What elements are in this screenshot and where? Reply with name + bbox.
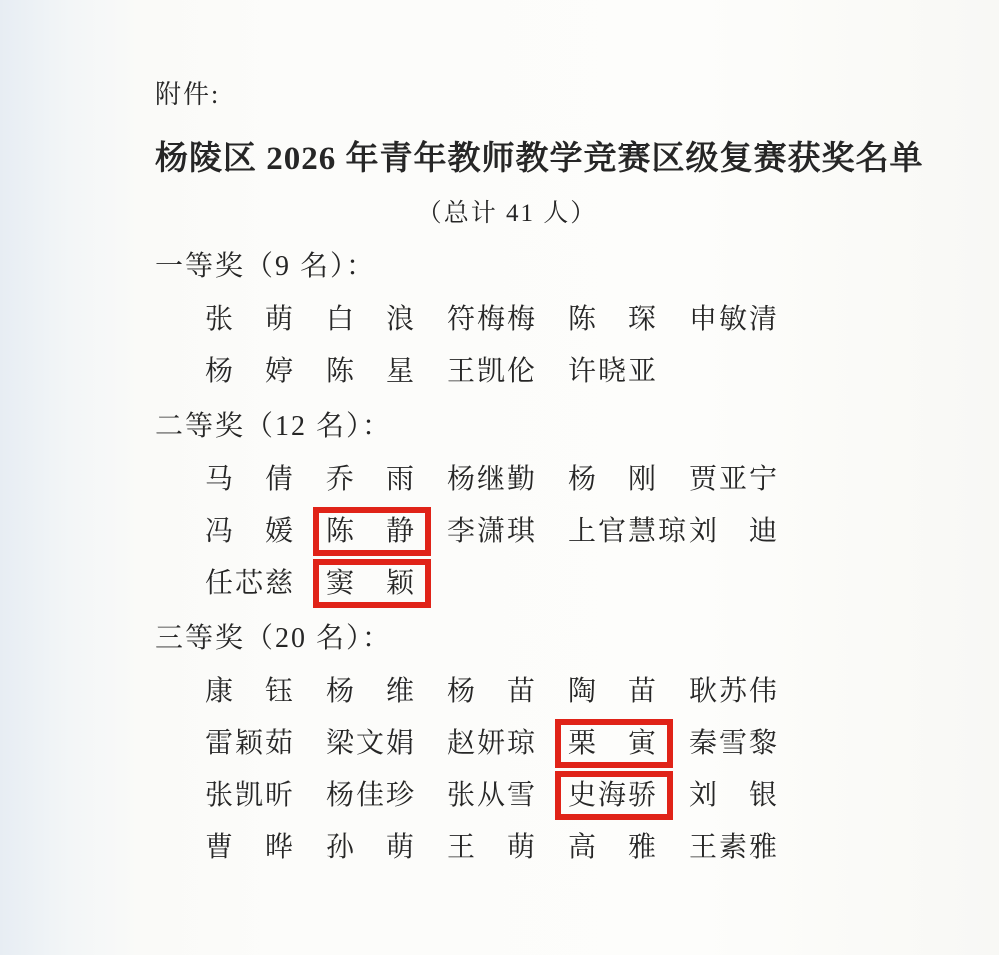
winner-name-text: 符梅梅 xyxy=(447,304,537,335)
name-row: 杨 婷陈 星王凯伦许晓亚 xyxy=(155,352,859,392)
document-page: 附件: 杨陵区 2026 年青年教师教学竞赛区级复赛获奖名单 （总计 41 人）… xyxy=(0,0,999,955)
winner-name: 张 萌 xyxy=(205,300,306,340)
winner-name-text: 王素雅 xyxy=(689,832,779,863)
winner-name: 杨继勤 xyxy=(447,460,548,500)
winner-name: 秦雪黎 xyxy=(689,724,790,764)
winner-name-text: 许晓亚 xyxy=(568,356,658,387)
document-title: 杨陵区 2026 年青年教师教学竞赛区级复赛获奖名单 xyxy=(155,136,859,182)
award-section: 三等奖（20 名）： 康 钰杨 维杨 苗陶 苗耿苏伟雷颖茹梁文娟赵妍琼栗 寅秦雪… xyxy=(155,618,859,868)
winner-name: 梁文娟 xyxy=(326,724,427,764)
winner-name-text: 王凯伦 xyxy=(447,356,537,387)
winner-name-text: 刘 迪 xyxy=(689,516,779,547)
section-header: 一等奖（9 名）： xyxy=(155,246,859,288)
winner-name: 王 萌 xyxy=(447,828,548,868)
winner-name: 陶 苗 xyxy=(568,672,669,712)
winner-name-text: 张从雪 xyxy=(447,780,537,811)
winner-name-text: 史海骄 xyxy=(568,780,658,811)
winner-name-text: 赵妍琼 xyxy=(447,728,537,759)
winner-name-text: 梁文娟 xyxy=(326,728,416,759)
winner-name: 康 钰 xyxy=(205,672,306,712)
award-section: 一等奖（9 名）： 张 萌白 浪符梅梅陈 琛申敏清杨 婷陈 星王凯伦许晓亚 xyxy=(155,246,859,392)
winner-name-text: 杨 刚 xyxy=(568,464,658,495)
winner-name: 白 浪 xyxy=(326,300,427,340)
winner-name: 申敏清 xyxy=(689,300,790,340)
winner-name-text: 白 浪 xyxy=(326,304,416,335)
winner-name-text: 孙 萌 xyxy=(326,832,416,863)
section-rows: 马 倩乔 雨杨继勤杨 刚贾亚宁冯 媛陈 静李潇琪上官慧琼刘 迪任芯慈窦 颖 xyxy=(155,460,859,604)
winner-name-text: 杨 婷 xyxy=(205,356,295,387)
winner-name-text: 贾亚宁 xyxy=(689,464,779,495)
winner-name: 许晓亚 xyxy=(568,352,669,392)
winner-name: 窦 颖 xyxy=(326,564,427,604)
winner-name-text: 陈 琛 xyxy=(568,304,658,335)
winner-name: 曹 晔 xyxy=(205,828,306,868)
winner-name: 杨 维 xyxy=(326,672,427,712)
winner-name-text: 任芯慈 xyxy=(205,568,295,599)
winner-name: 马 倩 xyxy=(205,460,306,500)
winner-name-text: 耿苏伟 xyxy=(689,676,779,707)
section-rows: 康 钰杨 维杨 苗陶 苗耿苏伟雷颖茹梁文娟赵妍琼栗 寅秦雪黎张凯昕杨佳珍张从雪史… xyxy=(155,672,859,868)
winner-name-text: 康 钰 xyxy=(205,676,295,707)
winner-name: 杨 刚 xyxy=(568,460,669,500)
winner-name-text: 杨佳珍 xyxy=(326,780,416,811)
winner-name-text: 陶 苗 xyxy=(568,676,658,707)
winner-name-text: 杨 维 xyxy=(326,676,416,707)
winner-name: 杨 苗 xyxy=(447,672,548,712)
winner-name-text: 王 萌 xyxy=(447,832,537,863)
winner-name: 张从雪 xyxy=(447,776,548,816)
winner-name-text: 陈 静 xyxy=(326,516,416,547)
winner-name: 乔 雨 xyxy=(326,460,427,500)
winner-name: 刘 银 xyxy=(689,776,790,816)
winner-name-text: 乔 雨 xyxy=(326,464,416,495)
winner-name-text: 窦 颖 xyxy=(326,568,416,599)
winner-name: 陈 琛 xyxy=(568,300,669,340)
winner-name-text: 雷颖茹 xyxy=(205,728,295,759)
award-sections: 一等奖（9 名）： 张 萌白 浪符梅梅陈 琛申敏清杨 婷陈 星王凯伦许晓亚 二等… xyxy=(155,246,859,868)
winner-name-text: 陈 星 xyxy=(326,356,416,387)
total-count-subtitle: （总计 41 人） xyxy=(155,196,859,232)
name-row: 任芯慈窦 颖 xyxy=(155,564,859,604)
section-header: 二等奖（12 名）： xyxy=(155,406,859,448)
name-row: 张凯昕杨佳珍张从雪史海骄刘 银 xyxy=(155,776,859,816)
winner-name: 栗 寅 xyxy=(568,724,669,764)
winner-name: 刘 迪 xyxy=(689,512,790,552)
winner-name-text: 杨继勤 xyxy=(447,464,537,495)
winner-name: 孙 萌 xyxy=(326,828,427,868)
winner-name-text: 冯 媛 xyxy=(205,516,295,547)
winner-name: 贾亚宁 xyxy=(689,460,790,500)
winner-name: 史海骄 xyxy=(568,776,669,816)
winner-name-text: 杨 苗 xyxy=(447,676,537,707)
winner-name-text: 张凯昕 xyxy=(205,780,295,811)
winner-name-text: 栗 寅 xyxy=(568,728,658,759)
attachment-label: 附件: xyxy=(155,78,859,112)
winner-name-text: 曹 晔 xyxy=(205,832,295,863)
winner-name-text: 张 萌 xyxy=(205,304,295,335)
winner-name: 杨佳珍 xyxy=(326,776,427,816)
winner-name-text: 马 倩 xyxy=(205,464,295,495)
winner-name-text: 李潇琪 xyxy=(447,516,537,547)
name-row: 马 倩乔 雨杨继勤杨 刚贾亚宁 xyxy=(155,460,859,500)
section-rows: 张 萌白 浪符梅梅陈 琛申敏清杨 婷陈 星王凯伦许晓亚 xyxy=(155,300,859,392)
winner-name: 符梅梅 xyxy=(447,300,548,340)
name-row: 张 萌白 浪符梅梅陈 琛申敏清 xyxy=(155,300,859,340)
winner-name: 上官慧琼 xyxy=(568,512,669,552)
name-row: 冯 媛陈 静李潇琪上官慧琼刘 迪 xyxy=(155,512,859,552)
winner-name: 李潇琪 xyxy=(447,512,548,552)
name-row: 曹 晔孙 萌王 萌高 雅王素雅 xyxy=(155,828,859,868)
winner-name: 陈 星 xyxy=(326,352,427,392)
winner-name-text: 上官慧琼 xyxy=(568,516,688,547)
winner-name: 耿苏伟 xyxy=(689,672,790,712)
winner-name: 任芯慈 xyxy=(205,564,306,604)
name-row: 雷颖茹梁文娟赵妍琼栗 寅秦雪黎 xyxy=(155,724,859,764)
winner-name: 陈 静 xyxy=(326,512,427,552)
name-row: 康 钰杨 维杨 苗陶 苗耿苏伟 xyxy=(155,672,859,712)
winner-name: 赵妍琼 xyxy=(447,724,548,764)
winner-name-text: 高 雅 xyxy=(568,832,658,863)
winner-name: 冯 媛 xyxy=(205,512,306,552)
winner-name: 张凯昕 xyxy=(205,776,306,816)
winner-name: 高 雅 xyxy=(568,828,669,868)
winner-name-text: 刘 银 xyxy=(689,780,779,811)
section-header: 三等奖（20 名）： xyxy=(155,618,859,660)
winner-name: 王素雅 xyxy=(689,828,790,868)
winner-name-text: 申敏清 xyxy=(689,304,779,335)
award-section: 二等奖（12 名）： 马 倩乔 雨杨继勤杨 刚贾亚宁冯 媛陈 静李潇琪上官慧琼刘… xyxy=(155,406,859,604)
winner-name: 杨 婷 xyxy=(205,352,306,392)
winner-name-text: 秦雪黎 xyxy=(689,728,779,759)
winner-name: 王凯伦 xyxy=(447,352,548,392)
winner-name: 雷颖茹 xyxy=(205,724,306,764)
